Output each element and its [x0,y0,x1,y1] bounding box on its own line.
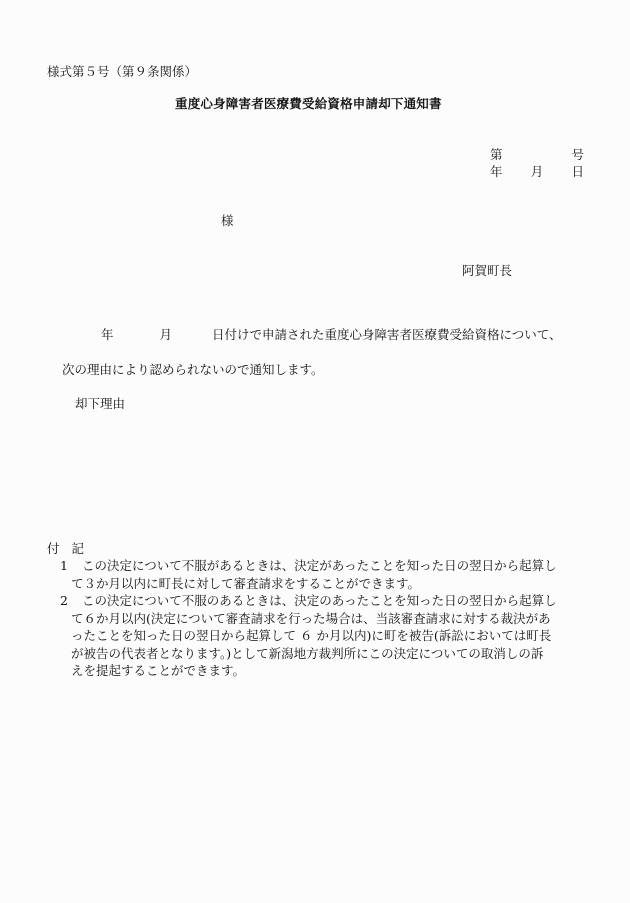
note-number: 1 [60,557,80,575]
body-line-1: 年月日付けで申請された重度心身障害者医療費受給資格について、 [101,329,562,342]
issue-date-month: 月 [531,166,544,179]
rejection-reason-text [75,418,585,528]
note-item: 1 この決定について不服があるときは、決定があったことを知った日の翌日から起算し… [60,557,585,592]
note-line: えを提起することができます。 [60,662,585,680]
body-line-2: 次の理由により認められないので通知します。 [62,364,324,377]
issue-date-day: 日 [571,166,584,179]
rejection-reason-label: 却下理由 [75,398,125,411]
reference-number-suffix: 号 [571,149,584,162]
reference-number: 第 号 [490,149,584,162]
form-number: 様式第５号（第９条関係） [47,66,197,79]
note-line: て３か月以内に町長に対して審査請求をすることができます。 [60,575,585,593]
application-month-label: 月 [160,327,173,342]
notes-heading: 付記 [47,543,84,556]
body-line-1-text: 日付けで申請された重度心身障害者医療費受給資格について、 [212,327,562,342]
notes-heading-char-1: 付 [47,541,60,556]
note-line: て６か月以内(決定について審査請求を行った場合は、当該審査請求に対する裁決があ [60,610,585,628]
reference-number-prefix: 第 [490,149,503,162]
note-item: 2 この決定について不服のあるときは、決定のあったことを知った日の翌日から起算し… [60,592,585,680]
issue-date: 年 月 日 [490,166,584,179]
note-line: が被告の代表者となります。)として新潟地方裁判所にこの決定についての取消しの訴 [60,645,585,663]
note-line: この決定について不服があるときは、決定があったことを知った日の翌日から起算し [60,557,585,575]
application-year-label: 年 [101,327,114,342]
notes-heading-char-2: 記 [72,541,85,556]
issue-date-year: 年 [490,166,503,179]
document-title: 重度心身障害者医療費受給資格申請却下通知書 [175,98,442,111]
recipient-honorific: 様 [221,215,234,228]
note-line: ったことを知った日の翌日から起算して ６ か月以内)に町を被告(訴訟においては町… [60,627,585,645]
note-line: この決定について不服のあるときは、決定のあったことを知った日の翌日から起算し [60,592,585,610]
note-number: 2 [60,592,80,610]
issuer-name: 阿賀町長 [462,265,512,278]
